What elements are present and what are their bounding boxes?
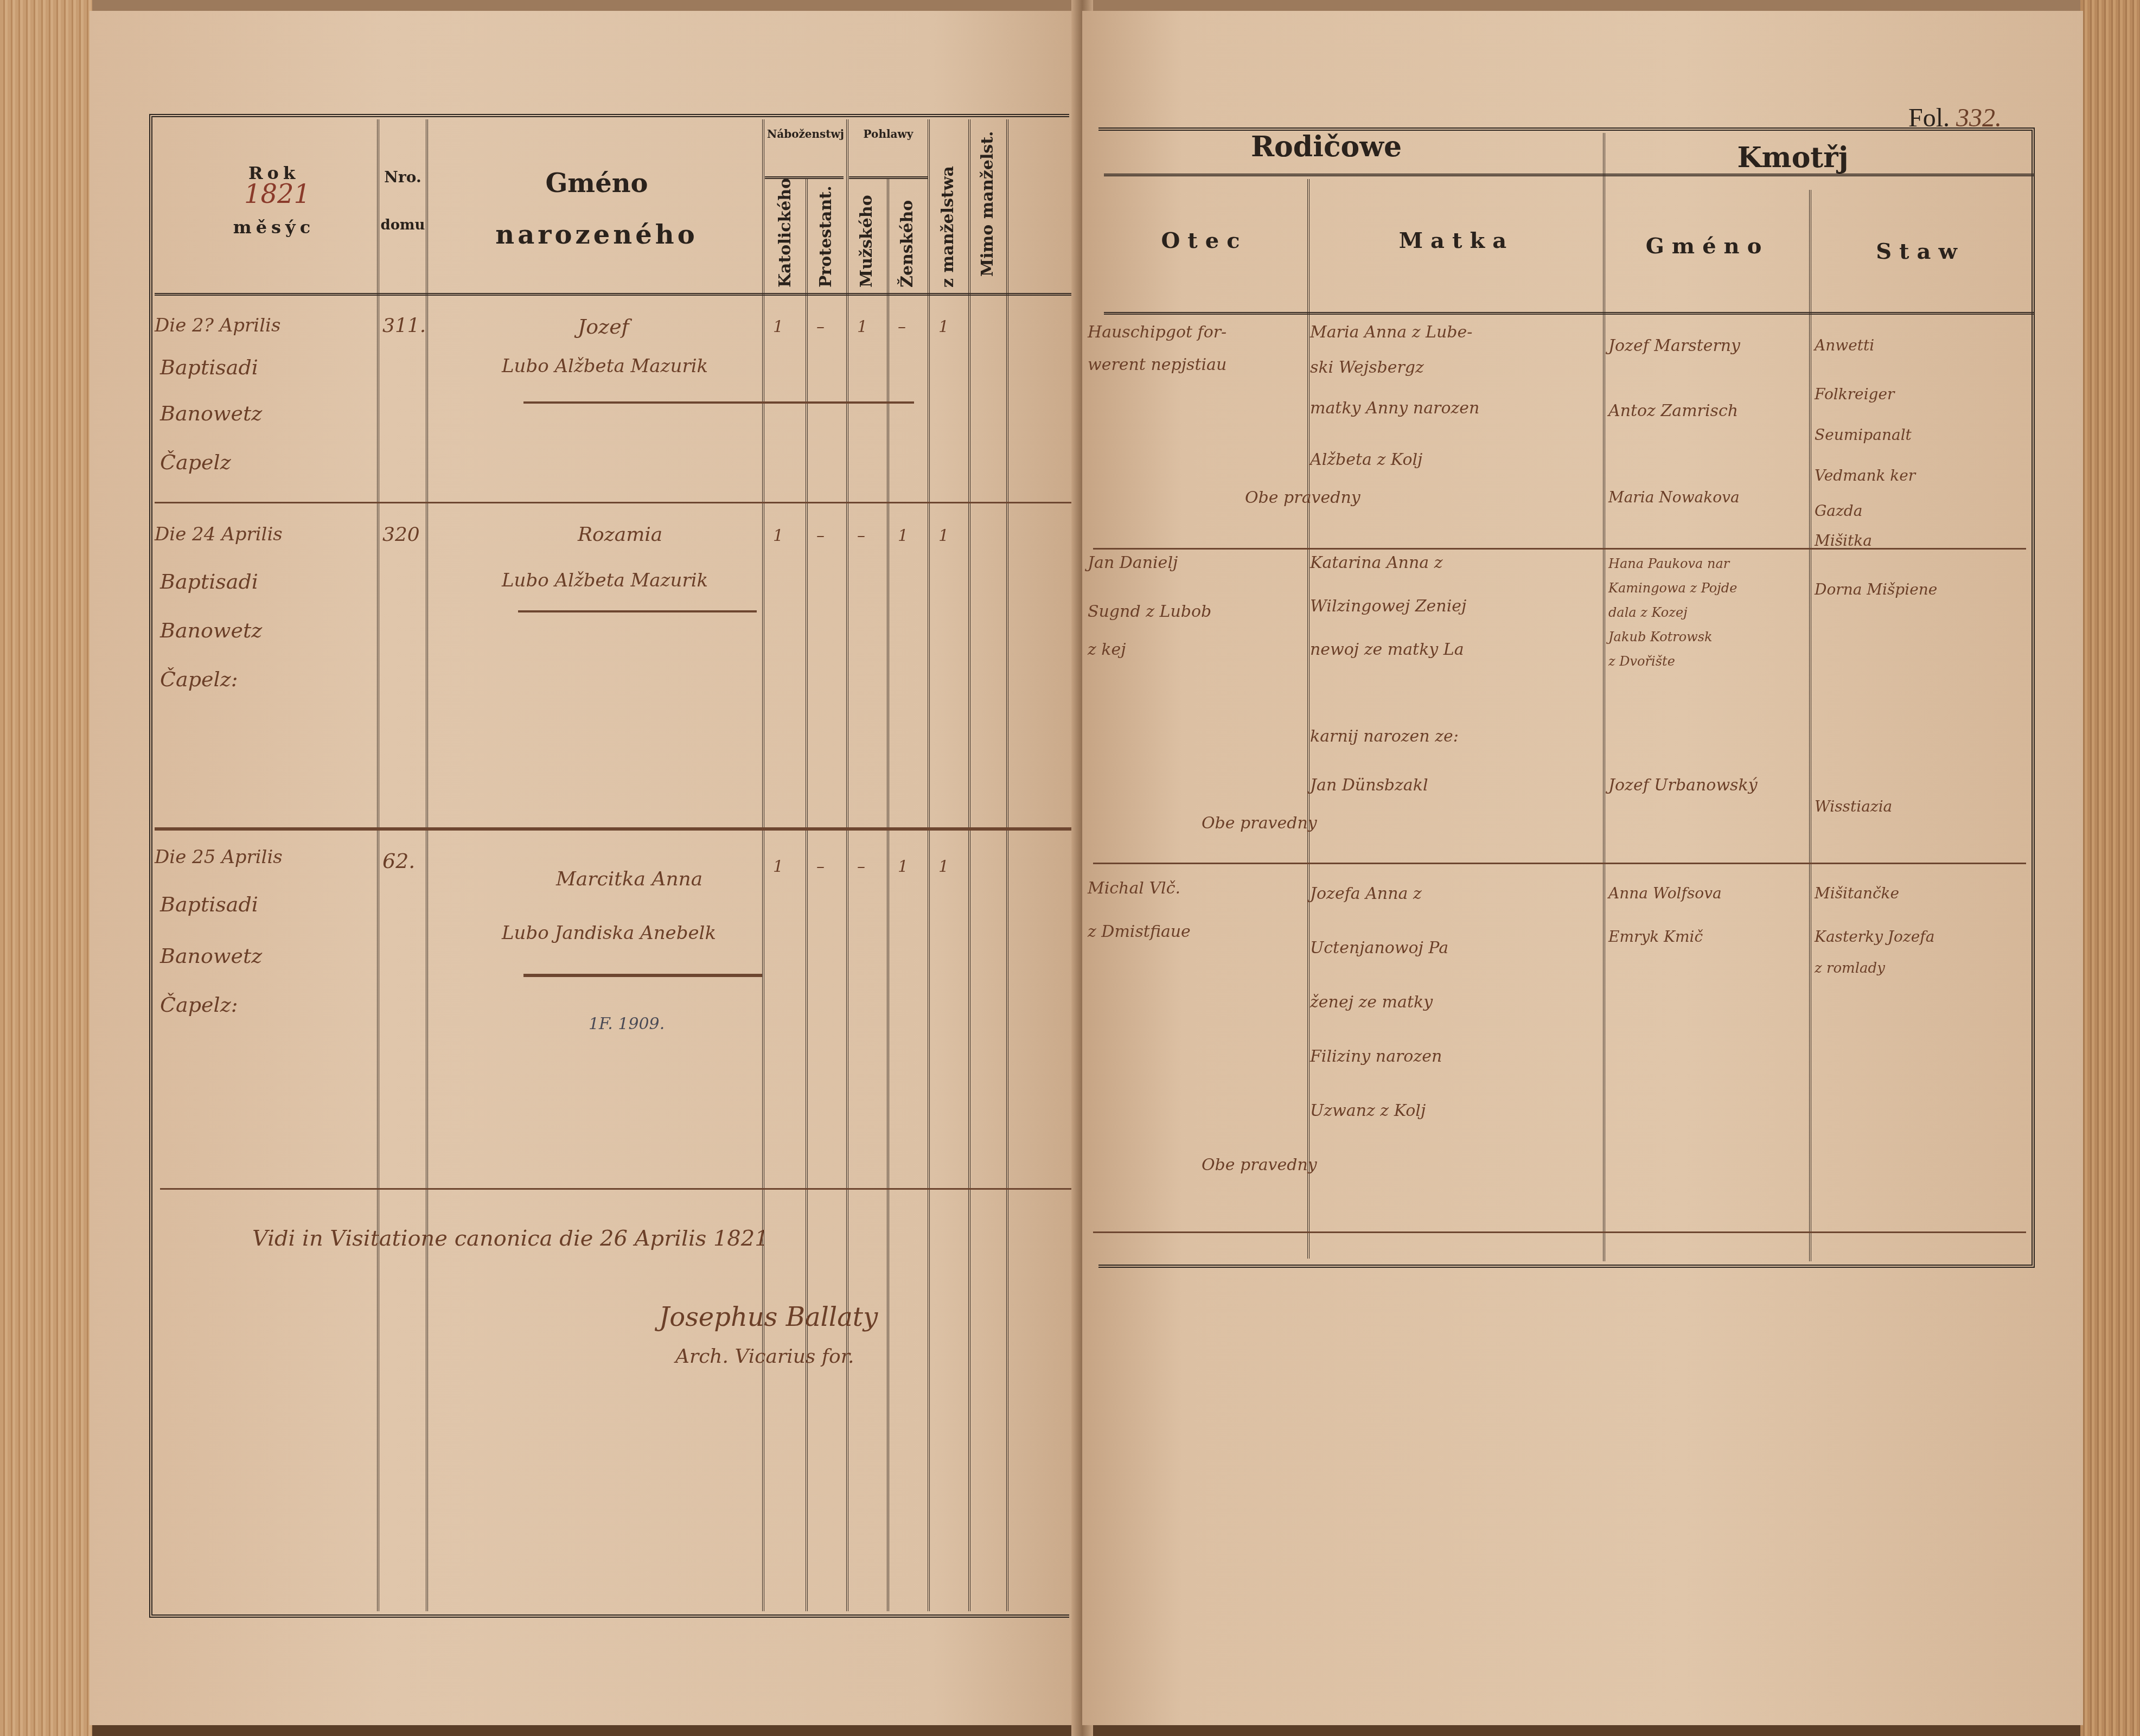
entry-legal-status: Lubo Jandiska Anebelk (502, 922, 716, 944)
header-female: Ženského (898, 206, 917, 288)
entry-child-name: Jozef (578, 315, 629, 339)
col-divider (887, 179, 889, 1611)
father-text: z Dmistfiaue (1088, 922, 1191, 941)
godparent-name: Maria Nowakova (1608, 488, 1740, 506)
mark: 1 (938, 857, 949, 876)
entry-house-no: 311. (382, 315, 426, 337)
entry-place: Čapelz (160, 450, 231, 474)
mother-text: Obe pravedny (1202, 814, 1317, 833)
entry-separator (160, 1188, 1071, 1190)
mark: 1 (773, 857, 783, 876)
entry-place: Baptisadi (160, 892, 258, 916)
mother-text: Katarina Anna z (1310, 553, 1442, 572)
header-house-no: Nro. (380, 168, 426, 186)
mark: 1 (898, 857, 908, 876)
ink-underline (523, 401, 914, 404)
godparent-status: Dorna Mišpiene (1815, 580, 1937, 598)
right-header-separator (1104, 312, 2034, 315)
godparent-status: Gazda (1815, 502, 1862, 520)
signature-name: Josephus Ballaty (659, 1302, 878, 1332)
godparent-status: z romlady (1815, 960, 1885, 976)
godparent-name: dala z Kozej (1608, 605, 1688, 620)
mother-text: Maria Anna z Lube- (1310, 323, 1472, 342)
ink-underline (518, 610, 757, 612)
header-year-value: 1821 (244, 179, 310, 209)
godparent-name: Antoz Zamrisch (1608, 401, 1738, 420)
mother-text: Filiziny narozen (1310, 1047, 1442, 1066)
mother-text: newoj ze matky La (1310, 640, 1464, 659)
godparent-name: z Dvořište (1608, 654, 1675, 669)
godparent-status: Kasterky Jozefa (1815, 928, 1934, 946)
header-legitimate: z manželstwa (938, 152, 957, 288)
entry-place: Banowetz (160, 944, 262, 968)
entry-legal-status: Lubo Alžbeta Mazurik (502, 570, 708, 591)
header-godparent-name: Gméno (1606, 233, 1809, 259)
col-divider (806, 179, 808, 1611)
entry-house-no: 320 (382, 524, 420, 546)
entry-date: Die 25 Aprilis (155, 846, 283, 868)
entry-child-name: Marcitka Anna (556, 868, 702, 890)
open-register-book: Rok 1821 měsýc Nro. domu Gméno narozenéh… (0, 0, 2140, 1736)
mother-text: Jan Dünsbzakl (1310, 776, 1428, 795)
header-month: měsýc (198, 217, 350, 238)
godparent-name: Hana Paukova nar (1608, 556, 1729, 571)
header-male: Mužského (857, 206, 876, 288)
godparent-status: Folkreiger (1815, 385, 1894, 403)
mother-text: karnij narozen ze: (1310, 727, 1459, 746)
mother-text: Obe pravedny (1245, 488, 1360, 507)
header-parents: Rodičowe (1191, 130, 1462, 163)
father-text: Sugnd z Lubob (1088, 602, 1211, 621)
left-header-separator (155, 293, 1077, 296)
mark: 1 (773, 526, 783, 545)
col-divider (1307, 179, 1309, 1259)
godparent-name: Jozef Urbanowský (1608, 776, 1758, 795)
mark: – (816, 526, 825, 545)
col-divider (1006, 119, 1008, 1611)
sex-subheader-line (849, 176, 928, 179)
entry-house-no: 62. (382, 849, 415, 873)
header-newborn: narozeného (431, 220, 762, 250)
left-table-frame (149, 114, 1069, 1618)
entry-separator (155, 502, 1071, 503)
godparent-status: Seumipanalt (1815, 426, 1912, 444)
father-text: werent nepjstiau (1088, 355, 1226, 374)
col-divider (762, 119, 764, 1611)
col-divider (426, 119, 428, 1611)
entry-child-name: Rozamia (578, 524, 662, 546)
mother-text: ski Wejsbergz (1310, 358, 1424, 377)
book-right-page-edges (2080, 0, 2140, 1736)
entry-place: Baptisadi (160, 570, 258, 593)
mark: – (857, 857, 865, 876)
visitation-note: Vidi in Visitatione canonica die 26 Apri… (252, 1226, 769, 1251)
col-divider (1603, 133, 1605, 1261)
mother-text: matky Anny narozen (1310, 399, 1479, 418)
entry-place: Banowetz (160, 401, 262, 425)
entry-place: Banowetz (160, 618, 262, 642)
mark: – (816, 857, 825, 876)
mark: 1 (898, 526, 908, 545)
mark: 1 (773, 317, 783, 336)
mother-text: Jozefa Anna z (1310, 884, 1422, 903)
father-text: z kej (1088, 640, 1126, 659)
header-godparents: Kmotřj (1657, 141, 1928, 174)
mother-text: ženej ze matky (1310, 993, 1433, 1012)
godparent-status: Vedmank ker (1815, 467, 1915, 484)
godparent-name: Jozef Marsterny (1608, 336, 1740, 355)
col-divider (928, 119, 930, 1611)
godparent-name: Jakub Kotrowsk (1608, 629, 1713, 644)
entry-date: Die 24 Aprilis (155, 524, 283, 545)
godparent-name: Anna Wolfsova (1608, 884, 1722, 902)
ink-underline (523, 974, 762, 977)
entry-date: Die 2? Aprilis (155, 315, 280, 336)
header-catholic: Katolického (776, 190, 795, 288)
mark: – (857, 526, 865, 545)
header-godparent-status: Staw (1812, 239, 2029, 264)
entry-separator (1093, 863, 2026, 864)
col-divider (377, 119, 379, 1611)
right-table-frame (1098, 127, 2035, 1268)
header-mother: Matka (1310, 228, 1603, 253)
entry-place: Čapelz: (160, 667, 238, 691)
mother-text: Uzwanz z Kolj (1310, 1101, 1426, 1120)
signature-title: Arch. Vicarius for. (675, 1345, 854, 1368)
col-divider (1809, 190, 1811, 1261)
col-divider (846, 119, 848, 1611)
entry-place: Čapelz: (160, 993, 238, 1017)
entry-separator (1093, 548, 2026, 550)
header-house: domu (380, 217, 426, 233)
mark: – (898, 317, 906, 336)
mother-text: Alžbeta z Kolj (1310, 450, 1422, 469)
godparent-status: Anwetti (1815, 336, 1874, 354)
mark: – (816, 317, 825, 336)
father-text: Jan Danielj (1088, 553, 1178, 572)
header-father: Otec (1104, 228, 1305, 253)
mother-text: Obe pravedny (1202, 1156, 1317, 1175)
header-religion: Náboženstwj (765, 127, 846, 141)
entry-separator (155, 827, 1071, 831)
entry-place: Baptisadi (160, 355, 258, 379)
left-page: Rok 1821 měsýc Nro. domu Gméno narozenéh… (90, 11, 1082, 1725)
entry-separator (1093, 1231, 2026, 1233)
mark: 1 (938, 526, 949, 545)
col-divider (968, 119, 970, 1611)
header-protestant: Protestant. (816, 190, 835, 288)
mother-text: Wilzingowej Zeniej (1310, 597, 1466, 616)
pencil-annotation: 1F. 1909. (589, 1014, 665, 1033)
father-text: Michal Vlč. (1088, 879, 1180, 898)
book-left-page-edges (0, 0, 92, 1736)
header-name: Gméno (431, 168, 762, 199)
entry-legal-status: Lubo Alžbeta Mazurik (502, 355, 708, 377)
right-page: Fol. 332. Rodičowe Kmotřj Otec Matka Gmé… (1082, 11, 2083, 1725)
godparent-status: Mišitka (1815, 532, 1872, 550)
header-illegitimate: Mimo manželst. (978, 130, 997, 277)
mother-text: Uctenjanowoj Pa (1310, 939, 1448, 958)
header-sex: Pohlawy (849, 127, 928, 141)
father-text: Hauschipgot for- (1088, 323, 1226, 342)
godparent-status: Mišitančke (1815, 884, 1899, 902)
godparent-status: Wisstiazia (1815, 797, 1892, 815)
mark: 1 (938, 317, 949, 336)
mark: 1 (857, 317, 867, 336)
godparent-name: Kamingowa z Pojde (1608, 580, 1737, 596)
godparent-name: Emryk Kmič (1608, 928, 1703, 946)
